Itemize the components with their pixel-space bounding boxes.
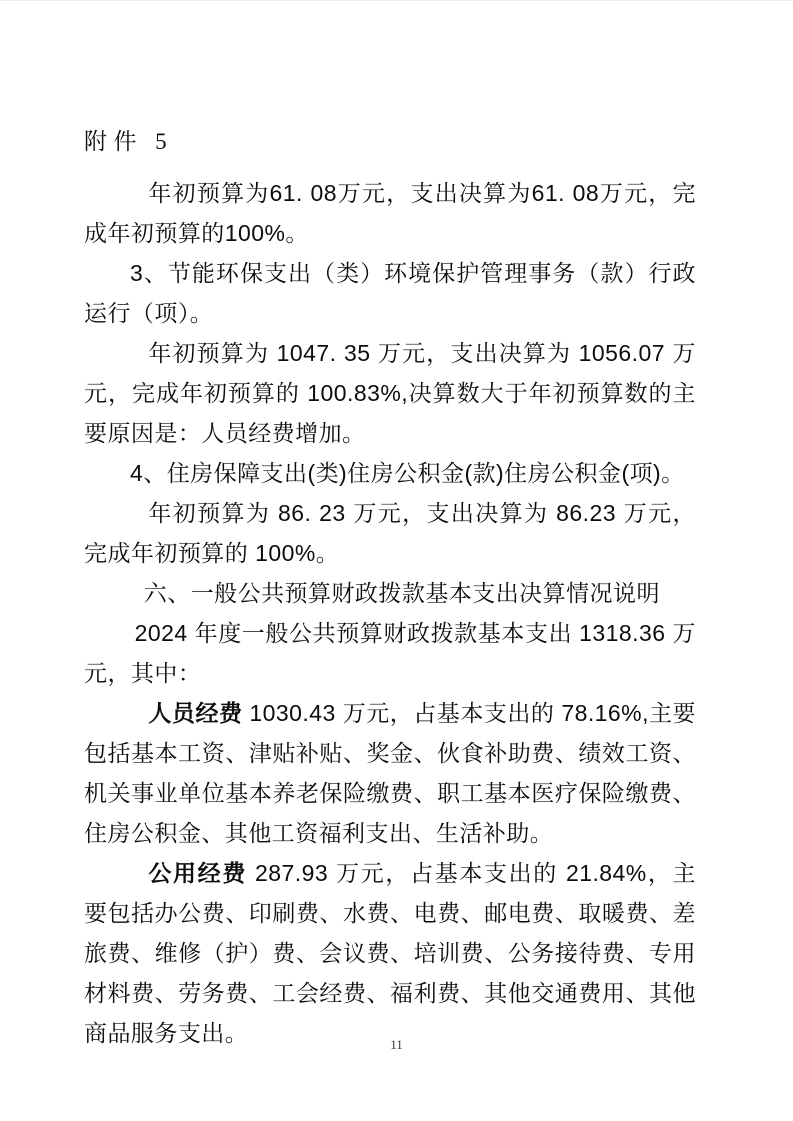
para-item-3-energy-env: 3、节能环保支出（类）环境保护管理事务（款）行政运行（项）。 — [84, 253, 696, 333]
attachment-label: 附件 5 — [84, 127, 696, 157]
document-body: 年初预算为61. 08万元，支出决算为61. 08万元，完成年初预算的100%。… — [84, 173, 696, 1053]
document-content: 附件 5 年初预算为61. 08万元，支出决算为61. 08万元，完成年初预算的… — [0, 1, 793, 1053]
para-public-funds-lead-bold: 公用经费 — [148, 860, 247, 886]
para-public-funds: 公用经费 287.93 万元，占基本支出的 21.84%，主要包括办公费、印刷费… — [84, 853, 696, 1053]
para-budget-86-23-text: 年初预算为 86. 23 万元，支出决算为 86.23 万元，完成年初预算的 1… — [84, 500, 696, 566]
para-budget-1047-35-text: 年初预算为 1047. 35 万元，支出决算为 1056.07 万元，完成年初预… — [84, 340, 696, 446]
page-number: 11 — [0, 1037, 793, 1053]
para-2024-basic-expenditure: 2024 年度一般公共预算财政拨款基本支出 1318.36 万元，其中： — [84, 613, 696, 693]
para-item-4-housing-text: 4、住房保障支出(类)住房公积金(款)住房公积金(项)。 — [130, 460, 685, 486]
para-section-6-heading: 六、一般公共预算财政拨款基本支出决算情况说明 — [84, 573, 696, 613]
para-budget-86-23: 年初预算为 86. 23 万元，支出决算为 86.23 万元，完成年初预算的 1… — [84, 493, 696, 573]
document-page: 附件 5 年初预算为61. 08万元，支出决算为61. 08万元，完成年初预算的… — [0, 0, 793, 1121]
para-2024-basic-expenditure-text: 2024 年度一般公共预算财政拨款基本支出 1318.36 万元，其中： — [84, 620, 696, 686]
para-budget-61-08: 年初预算为61. 08万元，支出决算为61. 08万元，完成年初预算的100%。 — [84, 173, 696, 253]
para-personnel-funds: 人员经费 1030.43 万元，占基本支出的 78.16%,主要包括基本工资、津… — [84, 693, 696, 853]
para-public-funds-text: 287.93 万元，占基本支出的 21.84%，主要包括办公费、印刷费、水费、电… — [84, 860, 696, 1046]
para-section-6-heading-text: 六、一般公共预算财政拨款基本支出决算情况说明 — [144, 580, 660, 606]
para-budget-1047-35: 年初预算为 1047. 35 万元，支出决算为 1056.07 万元，完成年初预… — [84, 333, 696, 453]
para-item-3-energy-env-text: 3、节能环保支出（类）环境保护管理事务（款）行政运行（项）。 — [84, 260, 696, 326]
para-item-4-housing: 4、住房保障支出(类)住房公积金(款)住房公积金(项)。 — [84, 453, 696, 493]
para-budget-61-08-text: 年初预算为61. 08万元，支出决算为61. 08万元，完成年初预算的100%。 — [84, 180, 696, 246]
para-personnel-funds-lead-bold: 人员经费 — [148, 700, 242, 726]
